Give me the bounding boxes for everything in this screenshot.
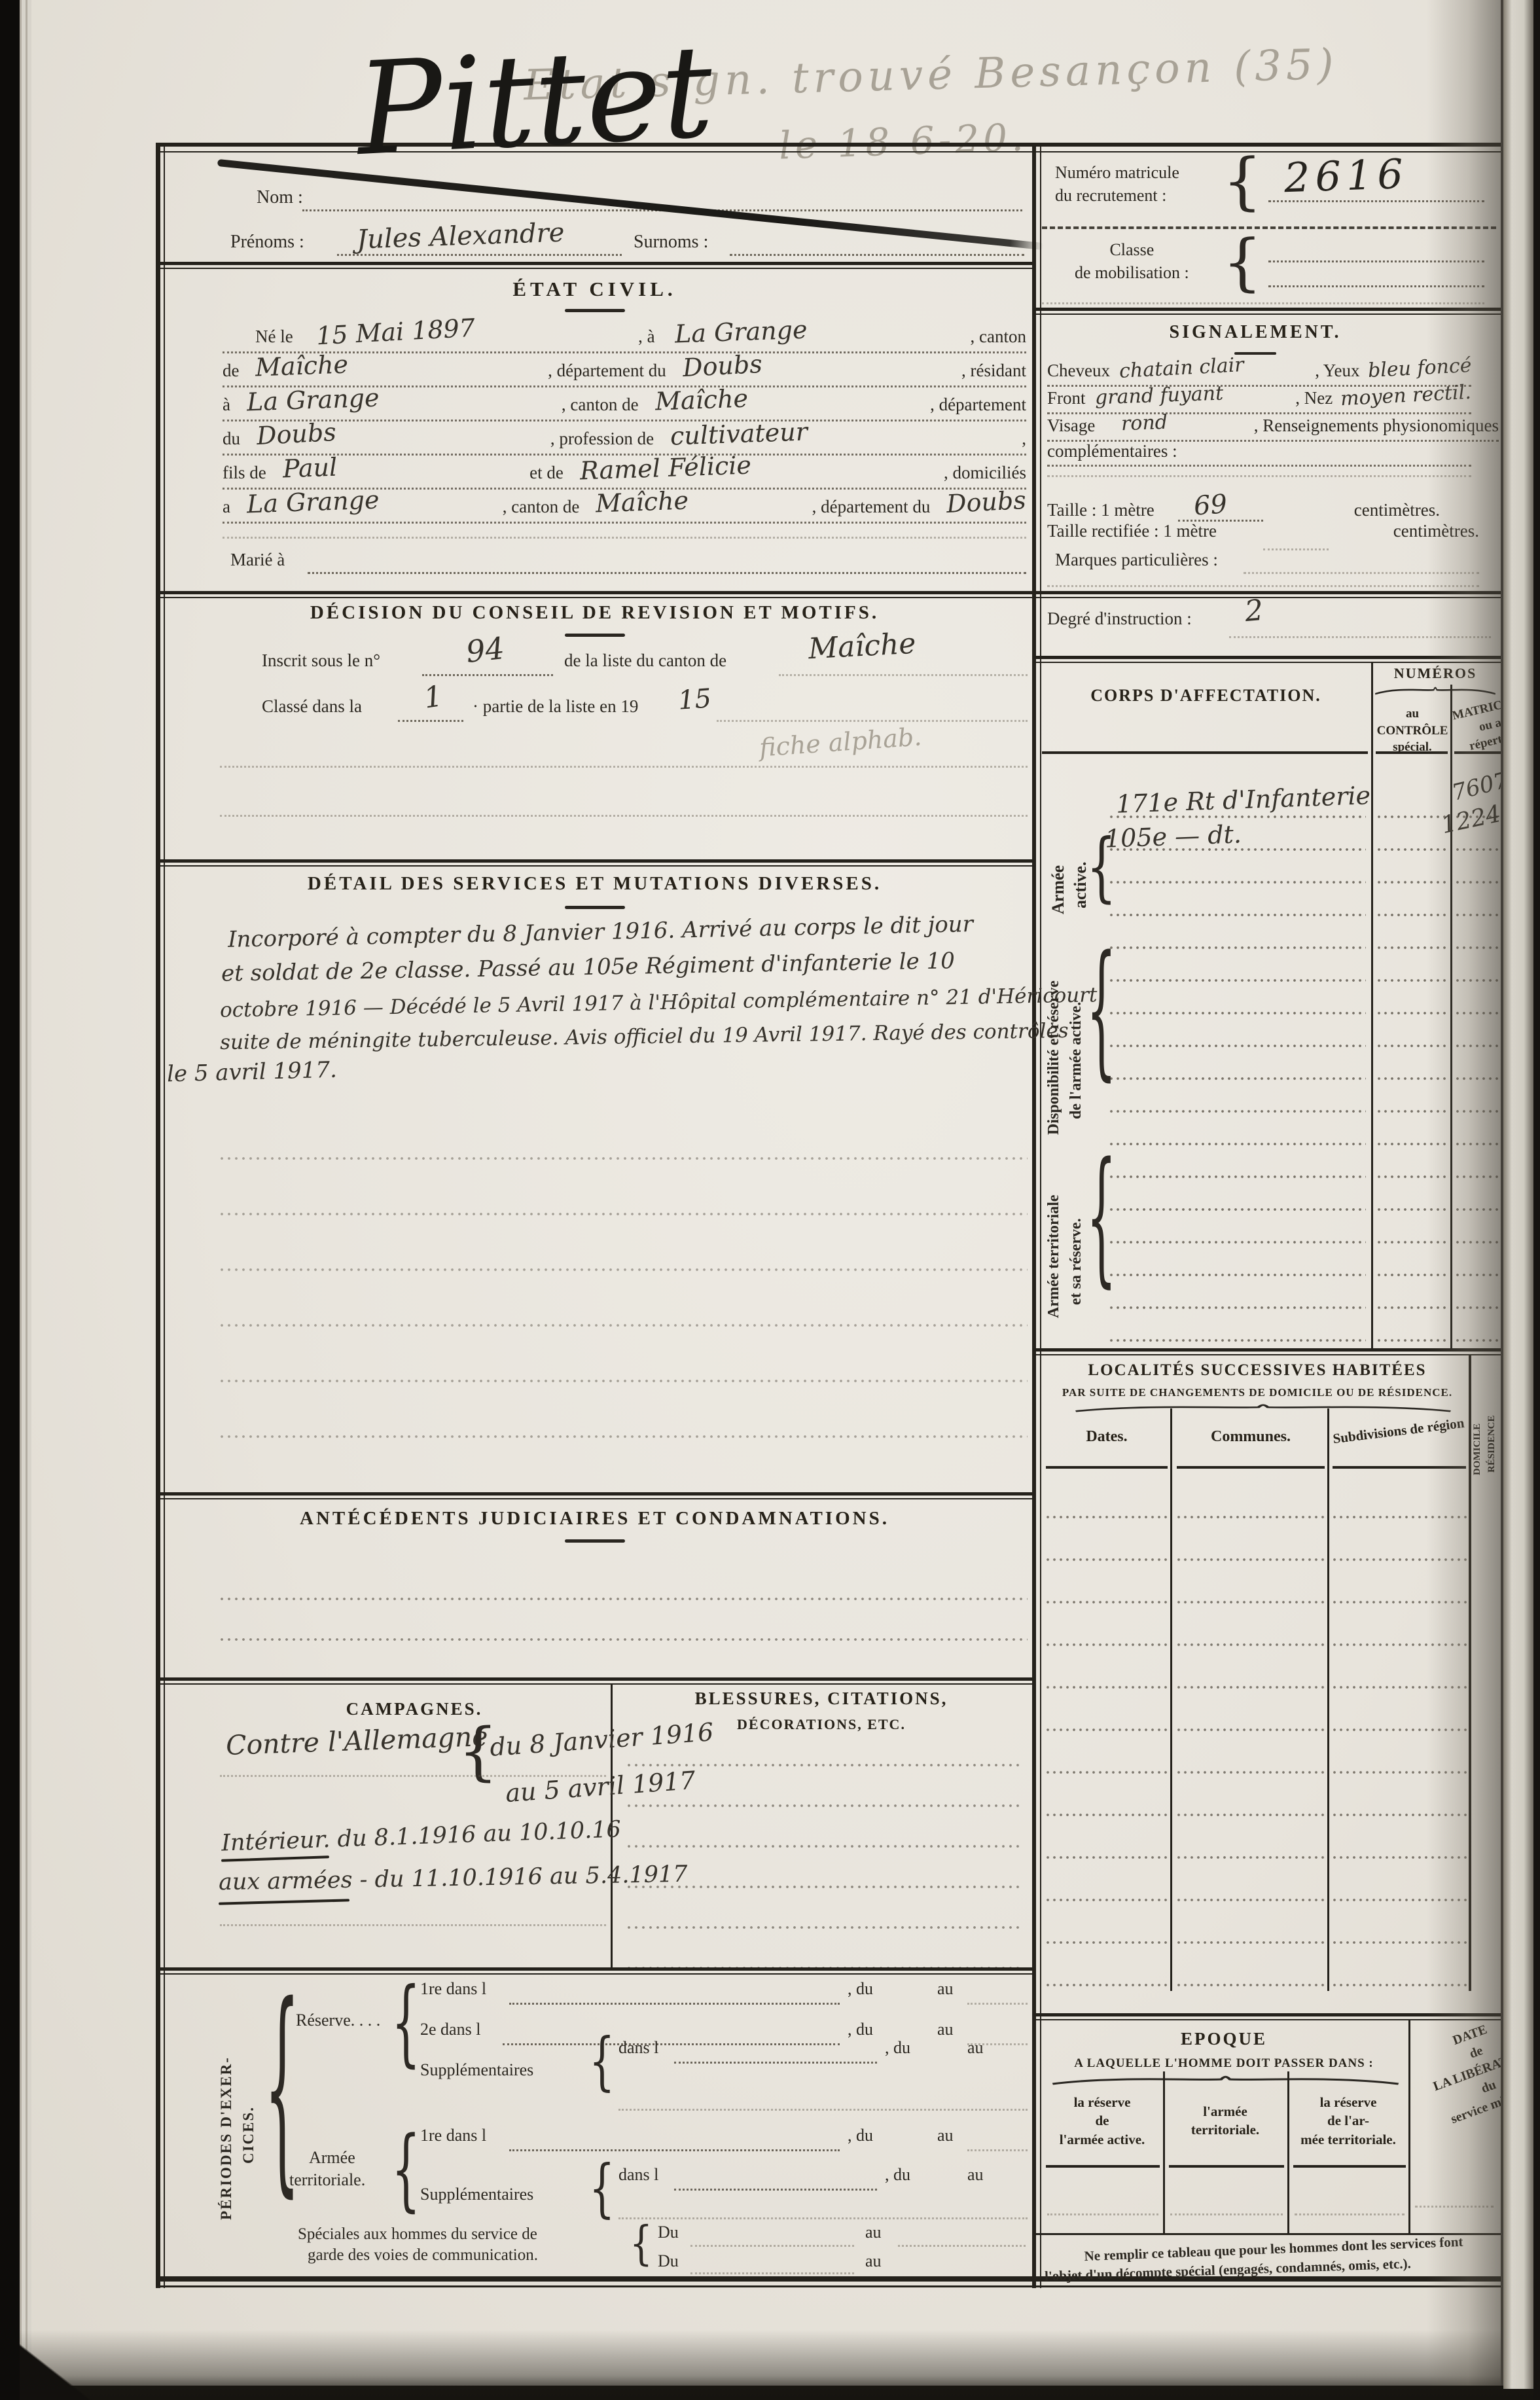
scanned-military-register-page: Etat sign. trouvé Besançon (35) le 18-6-…: [0, 0, 1540, 2400]
du-label: du: [223, 429, 240, 449]
etat-civil-row-3: à La Grange , canton de Maîche , départe…: [223, 387, 1026, 421]
localites-header-rule-1: [1046, 1466, 1168, 1469]
classe-brace: {: [1223, 232, 1262, 294]
center-divider-thin: [1040, 143, 1041, 2288]
terr-suppl-au: au: [967, 2165, 984, 2185]
blessures-ruled-area: [627, 1728, 1020, 1969]
services-title-rule: [157, 906, 1032, 909]
localites-subtitle: PAR SUITE DE CHANGEMENTS DE DOMICILE OU …: [1045, 1386, 1470, 1399]
localites-title: LOCALITÉS SUCCESSIVES HABITÉES: [1045, 1361, 1470, 1380]
reserve-row2-au: au: [937, 2020, 954, 2039]
a3-label: a: [223, 497, 230, 517]
affectation-entry-2: 105e — dt.: [1104, 819, 1242, 853]
departement-1: Doubs: [682, 349, 763, 382]
signalement-title: SIGNALEMENT.: [1041, 322, 1470, 343]
departement-label-2: , département: [930, 395, 1026, 415]
surnoms-label: Surnoms :: [634, 232, 708, 253]
speciales-au2: au: [865, 2251, 882, 2271]
rule-below-prenoms-thin: [156, 268, 1033, 269]
nom-label: Nom :: [257, 187, 303, 208]
speciales-leader1: [690, 2245, 854, 2247]
decision-empty-line1: [220, 766, 1028, 768]
localites-col-dates: Dates.: [1045, 1428, 1169, 1446]
profession: cultivateur: [670, 417, 808, 450]
campagnes-title: CAMPAGNES.: [220, 1699, 609, 1719]
degre-value: 2: [1244, 594, 1264, 628]
classe-ruled-line2: [717, 720, 1028, 722]
epoque-header-rule-1: [1046, 2165, 1160, 2168]
canton-2: Maîche: [654, 384, 748, 416]
speciales-brace: {: [630, 2220, 653, 2267]
speciales-du1: Du: [658, 2223, 679, 2242]
section-rule-905-thin: [156, 597, 1505, 598]
front-value: grand fuyant: [1094, 382, 1223, 410]
taille-rect-ruled-line: [1263, 548, 1329, 550]
annee-value: 15: [677, 683, 712, 715]
pencil-annotation-line2: le 18-6-20.: [778, 115, 1028, 168]
etat-civil-empty-line: [223, 537, 1026, 539]
localites-ruled-communes: [1177, 1478, 1325, 1991]
prenoms-label: Prénoms :: [230, 232, 304, 253]
fils-de-label: fils de: [223, 463, 266, 483]
antecedents-title-rule: [157, 1539, 1032, 1543]
localites-divider-2: [1327, 1408, 1329, 1991]
decision-empty-line2: [220, 815, 1028, 817]
domicilies-label: , domiciliés: [944, 463, 1026, 483]
localites-divider-1: [1170, 1408, 1172, 1991]
localites-ruled-dates: [1046, 1478, 1169, 1991]
classe-mobilisation-label: Classe de mobilisation :: [1075, 238, 1189, 284]
terr-suppl-dans: dans l: [618, 2165, 658, 2185]
canton-3: Maîche: [596, 486, 689, 518]
epoque-divider-2: [1287, 2071, 1289, 2235]
terr-brace: {: [391, 2124, 421, 2214]
dispo-label-line2: de l'armée active.: [1068, 948, 1084, 1119]
reserve-row2-du: , du: [848, 2020, 873, 2039]
date-naissance: 15 Mai 1897: [315, 313, 476, 351]
visage-value: rond: [1121, 411, 1168, 435]
terr-corps-label-line2: et sa réserve.: [1068, 1157, 1084, 1305]
terr-row1-du: , du: [848, 2126, 873, 2145]
bottom-left-corner-curl: [20, 2284, 216, 2400]
reserve-row1-leader2: [967, 2003, 1028, 2005]
complementaires-label: complémentaires :: [1047, 441, 1177, 461]
residant-label: , résidant: [961, 361, 1026, 381]
inscrit-numero: 94: [464, 630, 506, 670]
terr-row1-label: 1re dans l: [420, 2126, 486, 2145]
rule-1315-thick: [156, 859, 1033, 863]
classe-dans-label: Classé dans la: [262, 696, 362, 717]
reserve-row2-label: 2e dans l: [420, 2020, 480, 2039]
signalement-row-complementaires: complémentaires :: [1047, 441, 1471, 467]
cheveux-label: Cheveux: [1047, 361, 1110, 381]
signalement-row-front: Front grand fuyant , Nez moyen rectil.: [1047, 386, 1471, 414]
antecedents-title: ANTÉCÉDENTS JUDICIAIRES ET CONDAMNATIONS…: [157, 1508, 1032, 1530]
epoque-row-line-3: [1295, 2213, 1405, 2215]
speciales-au1: au: [865, 2223, 882, 2242]
signalement-row-taille-rect: Taille rectifiée : 1 mètre centimètres.: [1047, 521, 1479, 545]
degre-label: Degré d'instruction :: [1047, 609, 1192, 629]
speciales-du2: Du: [658, 2251, 679, 2271]
reserve-row1-leader: [509, 2003, 840, 2005]
localites-col-communes: Communes.: [1177, 1428, 1325, 1446]
services-line-5: le 5 avril 1917.: [167, 1057, 338, 1088]
terr-suppl-label: Supplémentaires: [420, 2185, 533, 2204]
epoque-col1-header: la réserve de l'armée active.: [1046, 2093, 1158, 2149]
nez-label: , Nez: [1295, 388, 1333, 408]
epoque-row-line-2: [1170, 2213, 1283, 2215]
visage-label: Visage: [1047, 416, 1095, 436]
reserve-suppl-dans: dans l: [618, 2038, 658, 2058]
terr-row1-leader: [509, 2149, 840, 2151]
inscrit-label: Inscrit sous le n°: [262, 651, 380, 671]
taille-rect-label: Taille rectifiée : 1 mètre: [1047, 521, 1217, 541]
et-de-label: et de: [529, 463, 564, 483]
bottom-edge-shadow: [20, 2330, 1533, 2400]
epoque-col3-header: la réserve de l'ar- mée territoriale.: [1291, 2093, 1406, 2149]
liste-label: de la liste du canton de: [564, 651, 726, 671]
reserve-suppl-leader: [674, 2062, 877, 2064]
de-label: de: [223, 361, 239, 381]
armee-terr-label-line2: territoriale.: [289, 2170, 365, 2190]
dispo-brace: {: [1086, 936, 1117, 1082]
mere: Ramel Félicie: [579, 450, 751, 485]
corps-affectation-title: CORPS D'AFFECTATION.: [1041, 686, 1371, 706]
periodes-side-label-line1: PÉRIODES D'EXER-: [219, 2024, 234, 2220]
etat-civil-row-5: fils de Paul et de Ramel Félicie , domic…: [223, 456, 1026, 490]
blessures-title-line1: BLESSURES, CITATIONS,: [615, 1689, 1028, 1709]
epoque-title: EPOQUE: [1041, 2029, 1407, 2049]
reserve-suppl-brace: {: [589, 2030, 615, 2093]
canton-naissance: Maîche: [255, 350, 349, 382]
front-label: Front: [1047, 388, 1086, 408]
yeux-label: , Yeux: [1315, 361, 1359, 381]
corps-col-divider-1: [1371, 662, 1373, 1350]
prenoms-ruled-line: [337, 254, 622, 256]
section-rule-905-thick: [156, 591, 1505, 594]
numero-matricule-label: Numéro matricule du recrutement :: [1055, 161, 1179, 207]
campagnes-line2: [220, 1924, 606, 1926]
left-border-thick: [156, 143, 160, 2288]
speciales-label-line1: Spéciales aux hommes du service de: [298, 2225, 537, 2244]
periodes-outer-brace: {: [264, 1978, 300, 2200]
campagnes-line1: [220, 1775, 606, 1777]
classe-ruled-line: [398, 720, 463, 722]
top-border-thin: [156, 151, 1505, 152]
page-curl-shade: [1427, 0, 1502, 2386]
domicile: La Grange: [246, 485, 380, 518]
terr-row1-au: au: [937, 2126, 954, 2145]
numero-matricule-value: 2616: [1283, 150, 1409, 202]
localites-header-rule-2: [1177, 1466, 1325, 1469]
epoque-col2-header: l'armée territoriale.: [1166, 2102, 1284, 2140]
reserve-row1-label: 1re dans l: [420, 1979, 486, 1999]
corps-header-rule-1: [1042, 751, 1368, 754]
departement-label-1: , département du: [548, 361, 666, 381]
reserve-suppl-line2: [618, 2109, 1028, 2111]
armee-active-label-line1: Armée: [1050, 826, 1067, 914]
epoque-header-rule-2: [1169, 2165, 1284, 2168]
reserve-row2-leader: [503, 2043, 840, 2045]
decision-title: DÉCISION DU CONSEIL DE REVISION ET MOTIF…: [157, 602, 1032, 624]
etat-civil-row-1: Né le 15 Mai 1897 , à La Grange , canton: [223, 319, 1026, 353]
canton-label-3: , canton de: [503, 497, 580, 517]
epoque-subtitle: A LAQUELLE L'HOMME DOIT PASSER DANS :: [1041, 2056, 1407, 2071]
periodes-side-label-line2: CICES.: [241, 2079, 256, 2164]
pere: Paul: [282, 453, 338, 484]
left-border-thin: [164, 143, 165, 2288]
a2-label: à: [223, 395, 230, 415]
rule-1315-thin: [156, 865, 1033, 867]
epoque-row-line-1: [1047, 2213, 1158, 2215]
reserve-row1-du: , du: [848, 1979, 873, 1999]
terr-suppl-leader: [674, 2189, 877, 2191]
profession-label: , profession de: [550, 429, 654, 449]
etat-civil-title-rule: [157, 309, 1032, 312]
antecedents-ruled-area: [220, 1562, 1028, 1647]
terr-corps-label-line1: Armée territoriale: [1046, 1140, 1062, 1318]
numero-brace: {: [1223, 151, 1262, 213]
departement-2: Doubs: [256, 418, 337, 450]
epoque-brace-rule: [1050, 2075, 1401, 2085]
rule-2565-thick: [156, 1677, 1033, 1681]
taille-label: Taille : 1 mètre: [1047, 500, 1155, 520]
dispo-label-line1: Disponibilité et réserve: [1046, 932, 1062, 1135]
corps-ruled-area: [1109, 787, 1366, 1344]
bottom-border-thick: [156, 2276, 1505, 2282]
etat-civil-title: ÉTAT CIVIL.: [157, 278, 1032, 301]
taille-value: 69: [1192, 489, 1228, 521]
reserve-suppl-au: au: [967, 2038, 984, 2058]
rule-2280-thick: [156, 1492, 1033, 1496]
rule-2565-thin: [156, 1683, 1033, 1685]
speciales-leader1b: [898, 2245, 1026, 2247]
right-dark-edge: [1533, 0, 1540, 2400]
lieu-naissance: La Grange: [674, 315, 808, 348]
departement-3: Doubs: [946, 486, 1027, 518]
virgule: ,: [1022, 429, 1026, 449]
signalement-last-line: [1047, 585, 1479, 587]
inscrit-ruled-line2: [779, 674, 1028, 676]
etat-civil-row-2: de Maîche , département du Doubs , résid…: [223, 353, 1026, 387]
reserve-suppl-du: , du: [885, 2038, 910, 2058]
services-title: DÉTAIL DES SERVICES ET MUTATIONS DIVERSE…: [157, 873, 1032, 895]
terr-row1-leader2: [967, 2149, 1028, 2151]
inscrit-ruled-line1: [422, 674, 553, 676]
services-empty-ruled-area: [220, 1106, 1028, 1473]
etat-civil-row-4: du Doubs , profession de cultivateur ,: [223, 421, 1026, 456]
terr-suppl-line2: [618, 2217, 1028, 2219]
epoque-header-rule-3: [1293, 2165, 1406, 2168]
terr-corps-brace: {: [1086, 1143, 1117, 1289]
speciales-label-line2: garde des voies de communication.: [308, 2246, 538, 2265]
reserve-brace: {: [391, 1975, 421, 2069]
signalement-title-rule: [1041, 352, 1470, 355]
armee-terr-label-line1: Armée: [309, 2148, 355, 2168]
ne-le-label: Né le: [255, 327, 293, 347]
center-divider-thick: [1032, 143, 1036, 2288]
rule-2280-thin: [156, 1498, 1033, 1499]
canton-suffix: , canton: [971, 327, 1026, 347]
crossed-name-signature: Pittet: [353, 17, 716, 184]
surnoms-ruled-line: [730, 254, 1024, 256]
bottom-border-thin: [156, 2285, 1505, 2287]
terr-suppl-brace: {: [589, 2157, 615, 2220]
residence: La Grange: [246, 383, 380, 416]
classe-ruled-line3: [1042, 302, 1484, 304]
reserve-row1-au: au: [937, 1979, 954, 1999]
speciales-leader2: [690, 2272, 854, 2274]
partie-label: · partie de la liste en 19: [473, 696, 638, 717]
canton-label-2: , canton de: [562, 395, 639, 415]
epoque-divider-1: [1163, 2071, 1165, 2235]
marques-label: Marques particulières :: [1055, 550, 1218, 570]
a-label: , à: [638, 327, 654, 347]
rule-below-prenoms-thick: [156, 262, 1033, 265]
marie-label: Marié à: [230, 550, 285, 570]
inscrit-canton: Maîche: [808, 627, 917, 666]
etat-civil-row-6: a La Grange , canton de Maîche , départe…: [223, 490, 1026, 524]
next-page-edge: [1503, 0, 1533, 2389]
signalement-empty-line: [1047, 475, 1471, 477]
terr-suppl-du: , du: [885, 2165, 910, 2185]
marie-ruled-line: [308, 572, 1026, 574]
localites-brace-rule: [1073, 1403, 1453, 1412]
page-edge-strips-left: [20, 0, 31, 2386]
reserve-suppl-label: Supplémentaires: [420, 2060, 533, 2080]
reserve-label: Réserve. . . .: [296, 2011, 380, 2030]
departement-label-3: , département du: [812, 497, 931, 517]
signalement-row-cheveux: Cheveux chatain clair , Yeux bleu foncé: [1047, 359, 1471, 387]
